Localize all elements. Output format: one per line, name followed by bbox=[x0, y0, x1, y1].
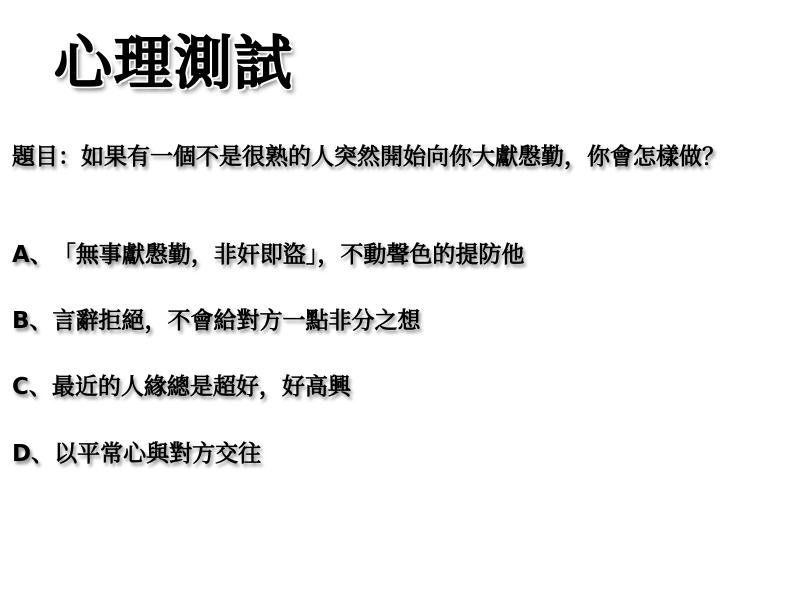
option-c: C、最近的人緣總是超好，好高興 bbox=[12, 374, 351, 402]
option-text: 以平常心與對方交往 bbox=[54, 441, 261, 467]
question-text: 題目：如果有一個不是很熟的人突然開始向你大獻慇勤，你會怎樣做？ bbox=[12, 144, 725, 172]
option-letter: A、 bbox=[12, 242, 53, 270]
slide-title: 心理測試 bbox=[54, 34, 294, 92]
option-a: A、「無事獻慇勤，非奸即盜」，不動聲色的提防他 bbox=[12, 242, 524, 270]
option-text: 言辭拒絕，不會給對方一點非分之想 bbox=[53, 308, 421, 334]
option-letter: B、 bbox=[12, 308, 53, 336]
option-d: D、以平常心與對方交往 bbox=[12, 441, 261, 469]
option-letter: C、 bbox=[12, 374, 52, 402]
option-text: 最近的人緣總是超好，好高興 bbox=[52, 374, 351, 400]
option-b: B、言辭拒絕，不會給對方一點非分之想 bbox=[12, 308, 421, 336]
option-letter: D、 bbox=[12, 441, 54, 469]
option-text: 「無事獻慇勤，非奸即盜」，不動聲色的提防他 bbox=[53, 242, 525, 268]
